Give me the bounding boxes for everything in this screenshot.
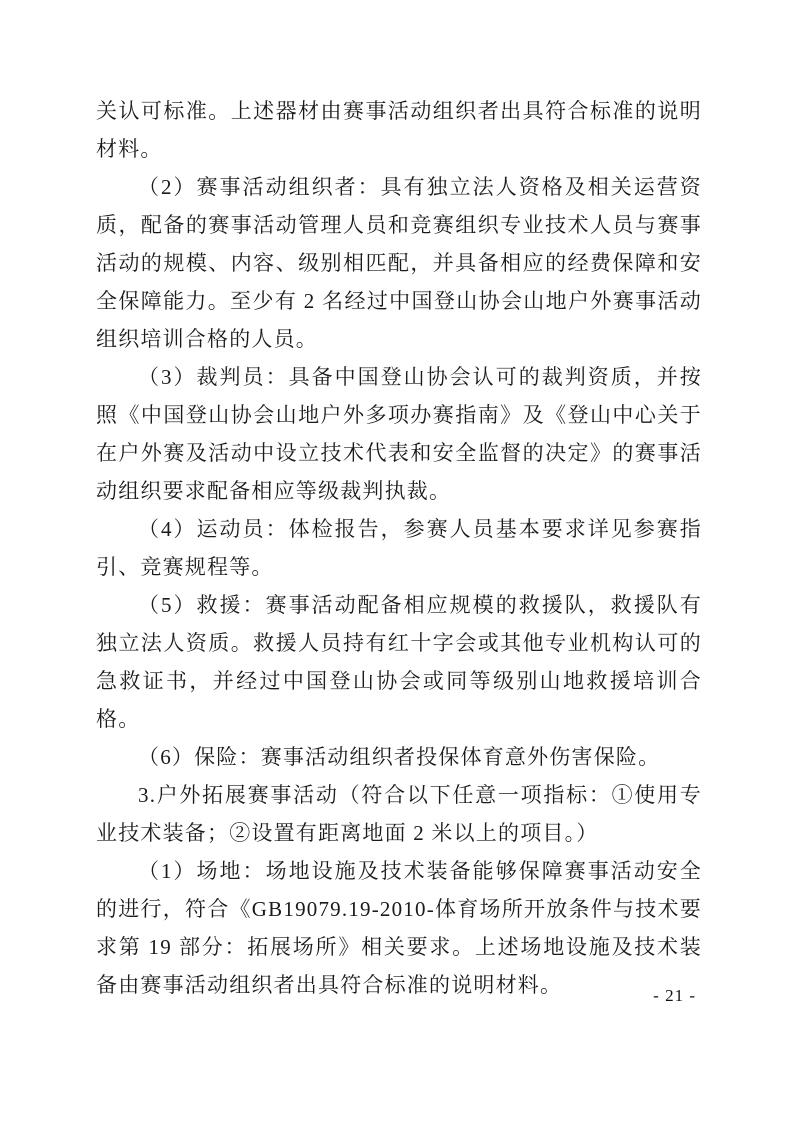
paragraph-item-1-venue: （1）场地：场地设施及技术装备能够保障赛事活动安全的进行，符合《GB19079.… xyxy=(96,852,702,1004)
document-body: 关认可标准。上述器材由赛事活动组织者出具符合标准的说明材料。 （2）赛事活动组织… xyxy=(96,92,702,1004)
paragraph-item-6-insurance: （6）保险：赛事活动组织者投保体育意外伤害保险。 xyxy=(96,738,702,776)
paragraph-item-4-athlete: （4）运动员：体检报告，参赛人员基本要求详见参赛指引、竞赛规程等。 xyxy=(96,510,702,586)
paragraph-item-2-organizer: （2）赛事活动组织者：具有独立法人资格及相关运营资质，配备的赛事活动管理人员和竞… xyxy=(96,168,702,358)
paragraph-item-3-referee: （3）裁判员：具备中国登山协会认可的裁判资质，并按照《中国登山协会山地户外多项办… xyxy=(96,358,702,510)
paragraph-item-5-rescue: （5）救援：赛事活动配备相应规模的救援队，救援队有独立法人资质。救援人员持有红十… xyxy=(96,586,702,738)
paragraph-section-3-outdoor-development: 3.户外拓展赛事活动（符合以下任意一项指标：①使用专业技术装备；②设置有距离地面… xyxy=(96,776,702,852)
page-number: - 21 - xyxy=(653,986,696,1006)
document-page: 关认可标准。上述器材由赛事活动组织者出具符合标准的说明材料。 （2）赛事活动组织… xyxy=(0,0,794,1123)
paragraph-continuation: 关认可标准。上述器材由赛事活动组织者出具符合标准的说明材料。 xyxy=(96,92,702,168)
